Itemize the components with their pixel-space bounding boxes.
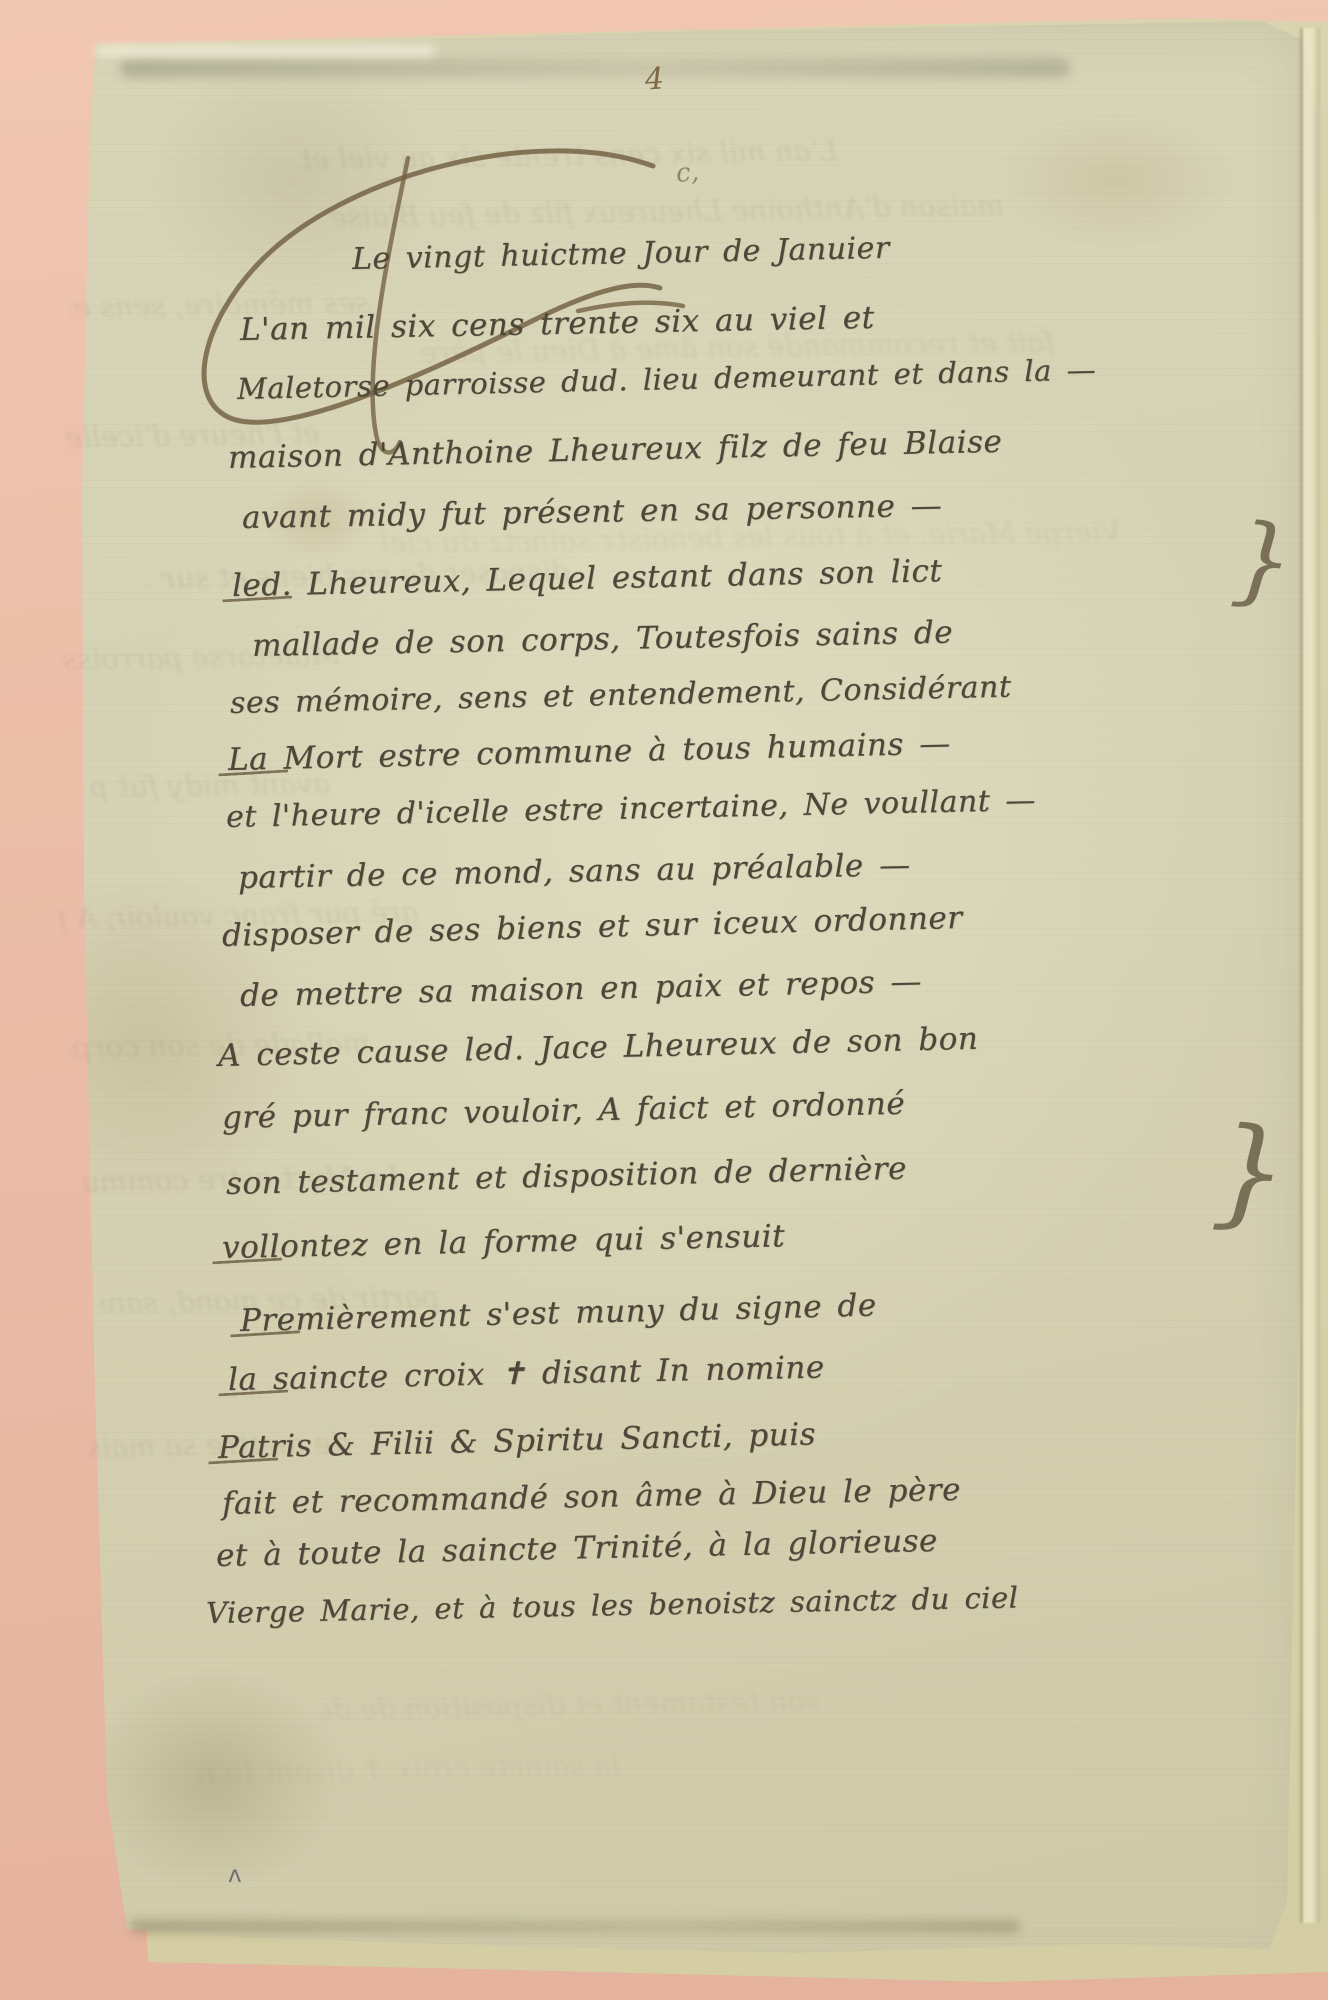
margin-bracket: }: [1228, 510, 1297, 611]
corrector-caret: ʌ: [228, 1862, 242, 1888]
opening-paraph-flourish: [108, 116, 708, 486]
manuscript-photo: L'an mil six cens trente six au viel et …: [0, 0, 1328, 2000]
top-edge-shadow: [120, 58, 1070, 78]
margin-bracket: }: [1209, 1110, 1290, 1232]
top-fold-highlight: [95, 46, 435, 56]
folio-number: 4: [644, 61, 665, 97]
right-crease-line: [1300, 28, 1320, 1923]
bottom-edge-shadow: [130, 1920, 1020, 1933]
